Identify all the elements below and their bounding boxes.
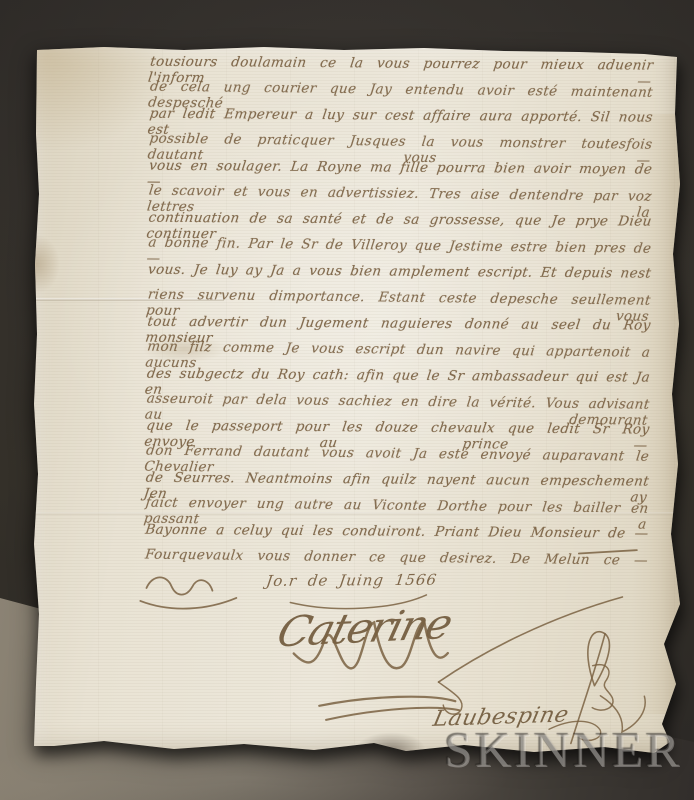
manuscript-line: tousiours doulamain ce la vous pourrez p… xyxy=(148,54,654,80)
manuscript-line: riens survenu dimportance. Estant ceste … xyxy=(146,287,651,315)
manuscript-line: le scavoir et vous en advertissiez. Tres… xyxy=(147,183,652,211)
manuscript-dateline: Jo.r de Juing 1566 xyxy=(265,571,458,590)
manuscript-line: a bonne fin. Par le Sr de Villeroy que J… xyxy=(147,235,652,263)
auction-watermark: SKINNER xyxy=(444,721,682,778)
countersignature-device xyxy=(592,665,613,711)
countersignature-loop xyxy=(588,632,610,686)
countersignature-dash xyxy=(319,696,455,708)
manuscript-line: par ledit Empereur a luy sur cest affair… xyxy=(148,106,654,132)
manuscript-line: tout advertir dun Jugement naguieres don… xyxy=(146,314,652,340)
closing-paraph xyxy=(146,577,212,595)
manuscript-line: asseuroit par dela vous sachiez en dire … xyxy=(145,391,650,419)
manuscript-line: mon filz comme Je vous escript dun navir… xyxy=(146,339,651,367)
manuscript-line: que le passeport pour les douze chevaulx… xyxy=(145,418,651,444)
manuscript-line: vous en soulager. La Royne ma fille pour… xyxy=(147,158,653,184)
countersignature-arc xyxy=(439,595,623,684)
manuscript-line: continuation de sa santé et de sa grosse… xyxy=(147,210,653,236)
photo-backdrop: tousiours doulamain ce la vous pourrez p… xyxy=(0,0,694,800)
closing-paraph-underline xyxy=(140,597,236,609)
manuscript-line: Bayonne a celuy qui les conduiront. Pria… xyxy=(144,522,650,548)
manuscript-line: vous. Je luy ay Ja a vous bien amplement… xyxy=(146,262,652,288)
manuscript-line: possible de praticquer Jusques la vous m… xyxy=(148,131,653,159)
manuscript-body: tousiours doulamain ce la vous pourrez p… xyxy=(0,0,694,800)
manuscript-line: de Seurres. Neantmoins afin quilz nayent… xyxy=(144,470,650,496)
queen-signature: Caterine xyxy=(272,599,456,656)
manuscript-line: des subgectz du Roy cath: afin que le Sr… xyxy=(145,366,651,392)
